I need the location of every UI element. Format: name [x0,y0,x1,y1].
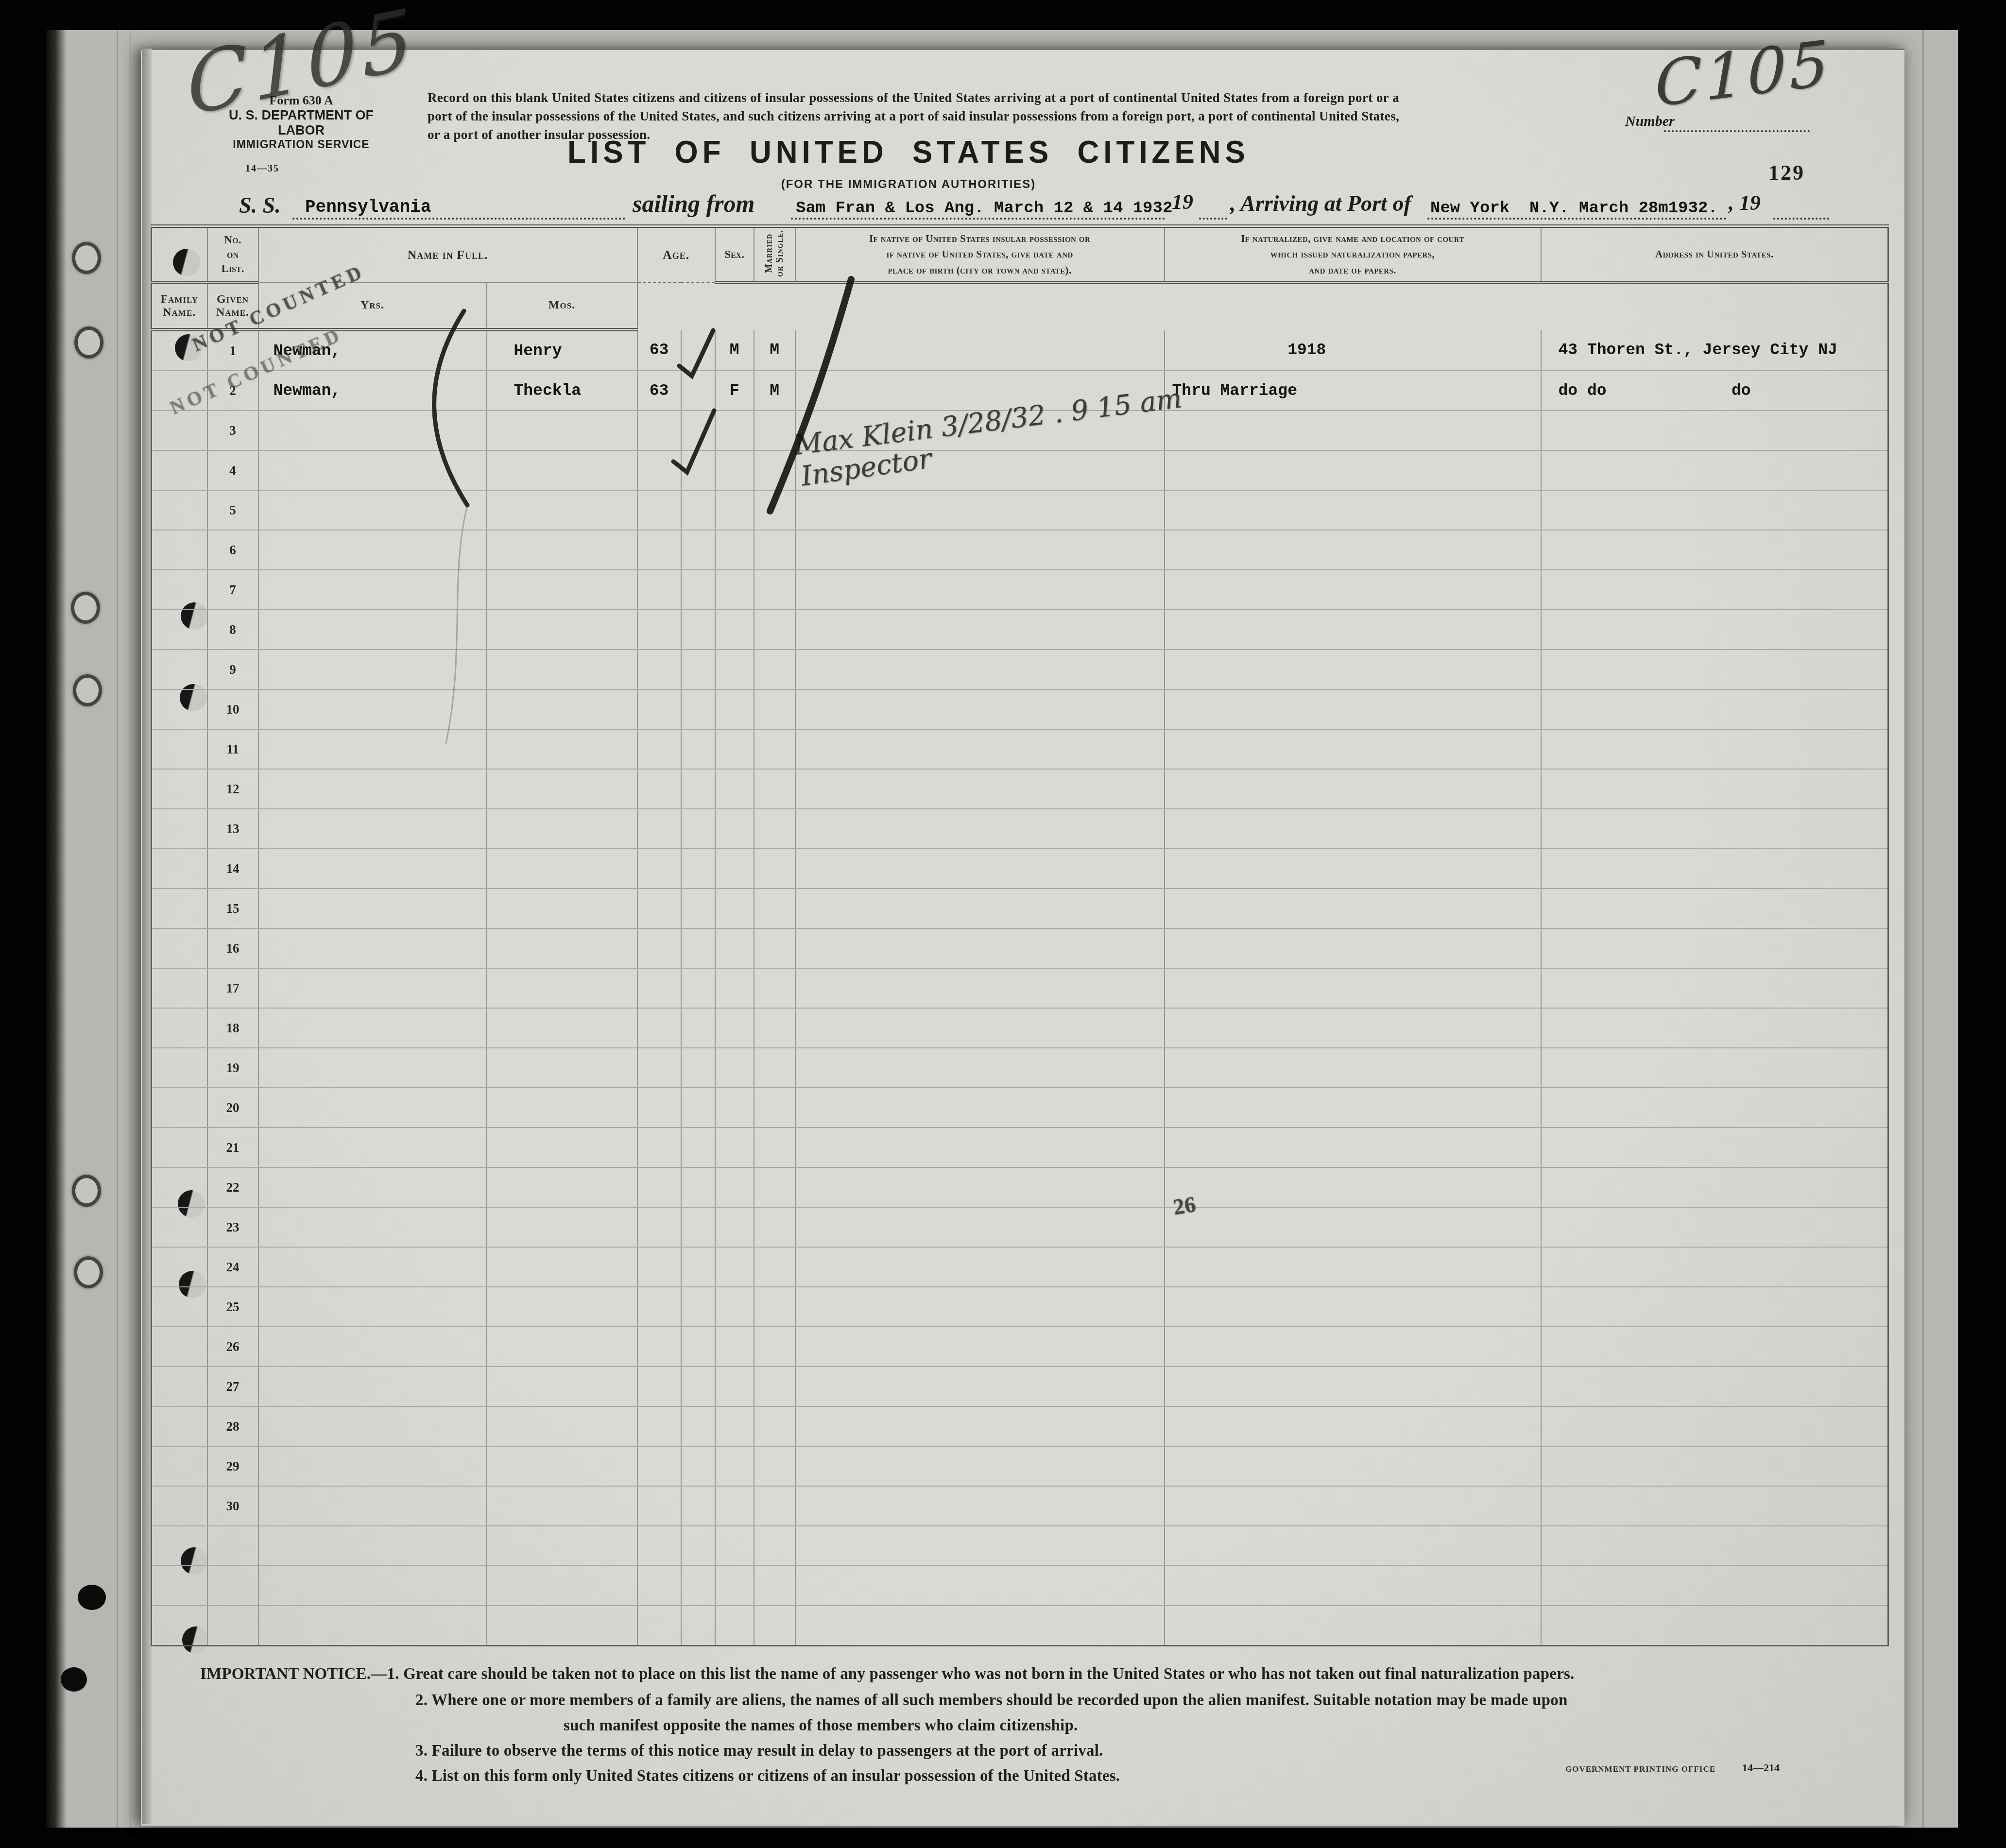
page-subtitle: (FOR THE IMMIGRATION AUTHORITIES) [146,178,1671,191]
cell-family-name [258,1008,487,1048]
cell-married-or-single [754,849,795,889]
cell-given-name [487,1128,637,1167]
cell-given-name [487,1247,637,1287]
cell-married-or-single [754,1566,795,1606]
sailing-from-label: sailing from [633,189,754,218]
arriving-blank-line [1427,218,1726,220]
cell-margin [152,1167,207,1207]
cell-age-mos [681,1486,715,1526]
cell-given-name [487,1207,637,1247]
cell-sex [715,968,754,1008]
cell-family-name [258,1048,487,1088]
cell-address [1541,928,1888,968]
cell-address [1541,1088,1888,1128]
table-row [152,1526,1888,1566]
cell-family-name [258,411,487,450]
cell-birth-place [795,769,1165,809]
table-row: 1Newman,Henry63MM 191843 Thoren St., Jer… [152,330,1888,371]
cell-married-or-single [754,968,795,1008]
cell-age-yrs [637,1048,681,1088]
cell-given-name [487,729,637,769]
cell-no: 8 [207,610,258,650]
cell-margin [152,729,207,769]
sailing-from-value: Sam Fran & Los Ang. March 12 & 14 1932 [796,199,1172,218]
cell-married-or-single [754,889,795,928]
table-row: 12 [152,769,1888,809]
table-row: 27 [152,1367,1888,1406]
notice-line-1: IMPORTANT NOTICE.—1. Great care should b… [200,1665,1575,1683]
cell-family-name [258,1566,487,1606]
cell-family-name [258,1486,487,1526]
arriving-at-port-label: , Arriving at Port of [1230,190,1411,216]
cell-sex [715,1486,754,1526]
cell-no: 3 [207,411,258,450]
cell-married-or-single [754,928,795,968]
cell-given-name [487,849,637,889]
cell-given-name [487,1526,637,1566]
cell-naturalization [1165,1287,1541,1327]
cell-age-yrs [637,1167,681,1207]
cell-no: 17 [207,968,258,1008]
cell-married-or-single [754,1088,795,1128]
cell-given-name [487,1446,637,1486]
cell-no: 25 [207,1287,258,1327]
cell-no: 21 [207,1128,258,1167]
page-title: LIST OF UNITED STATES CITIZENS [146,134,1671,171]
cell-sex [715,1406,754,1446]
cell-birth-place [795,650,1165,689]
cell-age-mos [681,1008,715,1048]
cell-sex [715,1446,754,1486]
col-header-mos: Mos. [487,283,637,330]
cell-margin [152,450,207,490]
cell-margin [152,1008,207,1048]
cell-married-or-single [754,450,795,490]
table-row: 30 [152,1486,1888,1526]
cell-married-or-single [754,729,795,769]
cell-age-mos [681,689,715,729]
cell-no: 9 [207,650,258,689]
sailing-from-blank-line [791,218,1165,220]
cell-address [1541,1566,1888,1606]
cell-sex [715,1167,754,1207]
cell-given-name [487,968,637,1008]
cell-address [1541,1446,1888,1486]
cell-naturalization [1165,530,1541,570]
cell-birth-place [795,1247,1165,1287]
cell-married-or-single [754,610,795,650]
cell-family-name [258,1167,487,1207]
cell-age-yrs [637,1008,681,1048]
cell-birth-place [795,490,1165,530]
cell-no: 27 [207,1367,258,1406]
cell-family-name [258,490,487,530]
col-header-naturalized: If naturalized, give name and location o… [1165,226,1541,283]
cell-address: 43 Thoren St., Jersey City NJ [1541,330,1888,371]
cell-margin [152,1128,207,1167]
cell-married-or-single [754,689,795,729]
cell-margin [152,889,207,928]
cell-no: 4 [207,450,258,490]
cell-address [1541,689,1888,729]
cell-naturalization [1165,570,1541,610]
cell-no: 5 [207,490,258,530]
cell-married-or-single [754,1367,795,1406]
cell-margin [152,928,207,968]
cell-birth-place [795,610,1165,650]
cell-naturalization: Thru Marriage [1165,371,1541,411]
cell-sex [715,849,754,889]
cell-birth-place [795,809,1165,849]
number-blank-line [1664,130,1810,132]
cell-sex: M [715,330,754,371]
cell-naturalization [1165,769,1541,809]
cell-birth-place [795,1566,1165,1606]
cell-married-or-single [754,1406,795,1446]
cell-birth-place [795,1367,1165,1406]
cell-naturalization [1165,1446,1541,1486]
married-or-single-vertical-label: Married or Single. [764,229,785,277]
cell-age-yrs [637,849,681,889]
cell-married-or-single [754,809,795,849]
cell-margin [152,1048,207,1088]
year-blank-1: 19 [1172,189,1193,214]
cell-age-yrs [637,1566,681,1606]
cell-sex [715,1088,754,1128]
cell-family-name [258,1526,487,1566]
cell-given-name [487,650,637,689]
cell-address [1541,1406,1888,1446]
cell-address [1541,809,1888,849]
cell-no: 30 [207,1486,258,1526]
cell-address [1541,570,1888,610]
cell-age-mos [681,1247,715,1287]
notice-line-3: 3. Failure to observe the terms of this … [415,1742,1103,1760]
cell-address [1541,729,1888,769]
cell-age-mos [681,968,715,1008]
cell-no: 10 [207,689,258,729]
table-row: 17 [152,968,1888,1008]
cell-address [1541,1287,1888,1327]
cell-naturalization [1165,1566,1541,1606]
cell-family-name [258,1606,487,1646]
cell-address [1541,1606,1888,1646]
col-header-address: Address in United States. [1541,226,1888,283]
cell-margin [152,1606,207,1646]
cell-no: 20 [207,1088,258,1128]
cell-family-name [258,729,487,769]
table-row: 21 [152,1128,1888,1167]
notice-line-2: 2. Where one or more members of a family… [415,1692,1568,1710]
cell-married-or-single [754,1606,795,1646]
cell-family-name [258,849,487,889]
table-row: 24 [152,1247,1888,1287]
cell-married-or-single [754,1008,795,1048]
cell-birth-place [795,1008,1165,1048]
table-row: 14 [152,849,1888,889]
cell-birth-place [795,1606,1165,1646]
cell-married-or-single [754,1048,795,1088]
cell-naturalization [1165,809,1541,849]
stack-edge-line [1922,30,1924,1828]
cell-given-name: Theckla [487,371,637,411]
punch-hole-dark [78,1585,106,1610]
cell-given-name [487,570,637,610]
cell-no [207,1606,258,1646]
cell-married-or-single [754,1247,795,1287]
cell-birth-place [795,330,1165,371]
stack-torn-edge [46,30,67,1828]
cell-margin [152,1088,207,1128]
cell-margin [152,1446,207,1486]
cell-age-yrs: 63 [637,371,681,411]
cell-naturalization [1165,1486,1541,1526]
page-number: 129 [1768,160,1805,185]
cell-family-name [258,1367,487,1406]
cell-given-name [487,1167,637,1207]
table-row [152,1566,1888,1606]
cell-no: 15 [207,889,258,928]
cell-age-mos [681,371,715,411]
punch-hole [74,326,103,359]
cell-naturalization [1165,1167,1541,1207]
cell-age-mos [681,330,715,371]
cell-family-name [258,530,487,570]
cell-given-name [487,809,637,849]
cell-given-name [487,1088,637,1128]
cell-age-yrs [637,650,681,689]
cell-age-mos [681,1526,715,1566]
cell-sex [715,1526,754,1566]
cell-family-name [258,968,487,1008]
cell-address: do do do [1541,371,1888,411]
cell-family-name [258,1287,487,1327]
cell-birth-place [795,1446,1165,1486]
cell-birth-place [795,928,1165,968]
cell-age-mos [681,490,715,530]
cell-given-name [487,689,637,729]
col-header-no-on-list: No. on List. [207,226,258,283]
cell-age-yrs [637,968,681,1008]
punch-hole [72,242,101,274]
cell-age-yrs [637,1128,681,1167]
passenger-table-body: 1Newman,Henry63MM 191843 Thoren St., Jer… [152,330,1888,1646]
cell-age-mos [681,928,715,968]
scanned-manifest-page: C105 C105 Number 129 Form 630 A U. S. DE… [0,0,2006,1848]
cell-family-name [258,570,487,610]
punch-hole [74,1256,103,1288]
cell-family-name [258,1128,487,1167]
cell-birth-place [795,1167,1165,1207]
cell-birth-place [795,1327,1165,1367]
cell-margin [152,650,207,689]
cell-family-name [258,1207,487,1247]
cell-age-yrs [637,450,681,490]
cell-margin [152,530,207,570]
cell-sex [715,1008,754,1048]
cell-address [1541,769,1888,809]
cell-married-or-single [754,570,795,610]
cell-family-name [258,689,487,729]
cell-no [207,1566,258,1606]
cell-age-yrs [637,1486,681,1526]
cell-family-name [258,889,487,928]
table-row: 16 [152,928,1888,968]
cell-married-or-single [754,1207,795,1247]
table-row: 11 [152,729,1888,769]
number-label: Number [1625,113,1675,130]
cell-age-yrs [637,1327,681,1367]
cell-age-mos [681,1446,715,1486]
cell-naturalization [1165,1048,1541,1088]
cell-age-yrs [637,729,681,769]
cell-birth-place [795,1048,1165,1088]
year-blank-1-line [1199,218,1227,220]
cell-address [1541,1128,1888,1167]
cell-birth-place [795,570,1165,610]
cell-married-or-single [754,1446,795,1486]
punch-hole [71,592,100,624]
cell-naturalization [1165,1247,1541,1287]
cell-no: 11 [207,729,258,769]
cell-age-mos [681,729,715,769]
cell-age-yrs: 63 [637,330,681,371]
cell-margin [152,1566,207,1606]
table-row: 28 [152,1406,1888,1446]
cell-address [1541,889,1888,928]
table-row: 25 [152,1287,1888,1327]
cell-age-mos [681,1088,715,1128]
punch-hole-dark [61,1667,87,1692]
cell-no: 23 [207,1207,258,1247]
cell-margin [152,1327,207,1367]
cell-age-yrs [637,769,681,809]
cell-no: 12 [207,769,258,809]
cell-age-mos [681,849,715,889]
cell-age-yrs [637,1406,681,1446]
cell-naturalization [1165,889,1541,928]
cell-birth-place [795,1128,1165,1167]
cell-sex [715,1566,754,1606]
cell-sex [715,689,754,729]
cell-sex [715,809,754,849]
cell-sex [715,450,754,490]
cell-naturalization [1165,411,1541,450]
margin-column-header [152,226,207,283]
table-row: 8 [152,610,1888,650]
cell-age-yrs [637,1606,681,1646]
cell-address [1541,1207,1888,1247]
cell-sex [715,1247,754,1287]
cell-married-or-single [754,1167,795,1207]
cell-family-name [258,610,487,650]
cell-no: 6 [207,530,258,570]
cell-no: 22 [207,1167,258,1207]
cell-age-yrs [637,1446,681,1486]
cell-naturalization [1165,1128,1541,1167]
table-row: 9 [152,650,1888,689]
punch-hole [73,674,102,706]
cell-naturalization [1165,1008,1541,1048]
cell-naturalization [1165,1367,1541,1406]
cell-age-mos [681,610,715,650]
table-row: 4 [152,450,1888,490]
cell-margin [152,610,207,650]
table-row: 23 [152,1207,1888,1247]
cell-naturalization [1165,689,1541,729]
cell-given-name [487,1048,637,1088]
cell-sex [715,1128,754,1167]
cell-age-mos [681,889,715,928]
notice-line-2-continued: such manifest opposite the names of thos… [564,1717,1078,1735]
cell-naturalization [1165,610,1541,650]
government-printing-office-label: GOVERNMENT PRINTING OFFICE [1565,1764,1715,1774]
table-row: 10 [152,689,1888,729]
cell-margin [152,689,207,729]
cell-given-name [487,1406,637,1446]
cell-naturalization [1165,1606,1541,1646]
col-header-age: Age. [637,226,715,283]
cell-margin [152,1287,207,1327]
cell-family-name [258,769,487,809]
cell-given-name [487,769,637,809]
cell-naturalization [1165,849,1541,889]
cell-family-name: Newman, [258,371,487,411]
cell-given-name [487,1287,637,1327]
table-row: 22 [152,1167,1888,1207]
cell-age-mos [681,809,715,849]
cell-given-name [487,928,637,968]
cell-naturalization [1165,1406,1541,1446]
cell-age-yrs [637,1526,681,1566]
cell-given-name [487,530,637,570]
cell-address [1541,1008,1888,1048]
cell-birth-place [795,1406,1165,1446]
cell-given-name [487,1367,637,1406]
cell-married-or-single [754,1327,795,1367]
col-header-birth: If native of United States insular posse… [795,226,1165,283]
cell-birth-place [795,849,1165,889]
cell-naturalization [1165,650,1541,689]
page-left-fold-shadow [142,49,152,1824]
cell-age-mos [681,411,715,450]
cell-age-mos [681,1406,715,1446]
cell-sex [715,1606,754,1646]
cell-married-or-single [754,1128,795,1167]
cell-family-name [258,650,487,689]
cell-age-mos [681,650,715,689]
cell-no: 29 [207,1446,258,1486]
cell-margin [152,849,207,889]
cell-birth-place [795,889,1165,928]
cell-sex [715,530,754,570]
cell-age-yrs [637,1088,681,1128]
cell-given-name [487,450,637,490]
cell-given-name [487,1606,637,1646]
cell-margin [152,968,207,1008]
cell-age-mos [681,1287,715,1327]
col-header-sex: Sex. [715,226,754,283]
cell-sex [715,570,754,610]
cell-naturalization [1165,1327,1541,1367]
cell-age-mos [681,1048,715,1088]
cell-sex [715,1287,754,1327]
table-row: 7 [152,570,1888,610]
cell-age-mos [681,1327,715,1367]
cell-family-name [258,1088,487,1128]
cell-age-mos [681,570,715,610]
cell-age-mos [681,450,715,490]
